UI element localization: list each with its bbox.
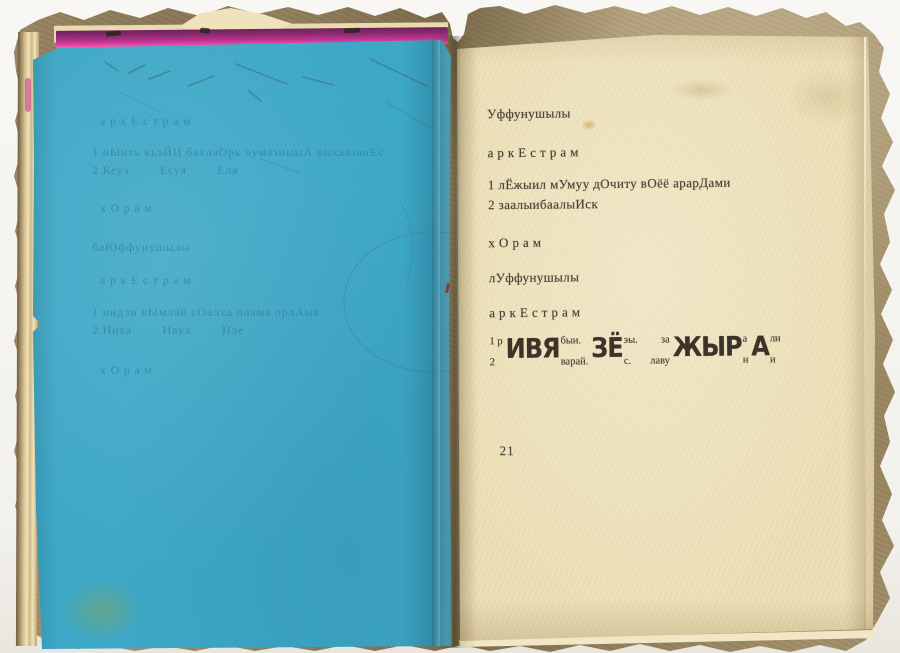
typed-line: Уффунушылы [487,105,571,122]
composite-big-word: ЗЁ [591,330,623,368]
composite-col: эы. с. [623,334,642,368]
composite-bottom: лаву [650,356,670,367]
composite-col: ли и [769,332,784,366]
composite-top: а [743,335,749,346]
pencil-scribbles [32,40,453,650]
offset-text-line: 2 Ниха Нвух Нле [92,323,244,338]
composite-top: ли [770,334,781,345]
composite-bottom: н [743,355,749,366]
right-page: Уффунушылы а р к Е с т р а м 1 лЁжыил мУ… [455,33,876,642]
typed-line: лУффунушылы [489,269,580,286]
typed-text-block: Уффунушылы а р к Е с т р а м 1 лЁжыил мУ… [454,29,881,642]
composite-top: эы. [624,336,638,347]
typed-line: х О р а м [488,235,541,252]
offset-text-line: баЮффунушылы [92,240,190,255]
typed-line: 1 лЁжыил мУмуу дОчиту вОёё арарДами [488,175,731,194]
composite-col: быи. варай. [559,334,591,368]
composite-top: быи. [560,336,588,347]
offset-text-line: 1 нЫить кьэЙЦ бахлаОрь чумазныыА выхааза… [92,145,384,160]
offset-text-line: 2 Кеуэ Есуя Еля [92,163,238,178]
pink-page-edge [25,78,31,112]
offset-text-line: х О р а м [100,201,153,216]
page-fold-shade [432,40,440,650]
left-page-blue: а р к Е с т р а м 1 нЫить кьэЙЦ бахлаОрь… [32,40,453,650]
composite-bottom: варай. [561,357,589,368]
ink-speck [344,28,360,34]
composite-col: а н [742,333,752,367]
composite-top: за [661,335,670,346]
composite-top: 1 р [489,337,502,348]
typed-line: 2 заалыибаалыИск [488,196,598,213]
offset-text-line: а р к Е с т р а м [100,273,192,288]
offset-text-line: а р к Е с т р а м [100,114,192,129]
book-scan: а р к Е с т р а м 1 нЫить кьэЙЦ бахлаОрь… [0,0,900,653]
composite-col: за лаву [641,333,673,367]
composite-col: 1 р 2 [488,335,505,369]
typed-line: а р к Е с т р а м [489,304,580,321]
composite-bottom: с. [624,356,638,367]
composite-bottom: и [770,355,781,366]
ink-speck [200,28,210,34]
stain [60,578,144,642]
zaum-display-line: 1 р 2 ИВЯ быи. варай. ЗЁ эы. с. за лаву … [488,332,784,369]
composite-bottom: 2 [490,358,503,369]
composite-big-word: ЖЫР [673,329,742,368]
composite-big-word: ИВЯ [506,330,560,369]
offset-text-line: 1 нидэн вЫмлай сОалха плама орлАыя [92,305,320,320]
composite-big-word: А [751,328,769,366]
offset-text-line: х О р а м [100,363,153,378]
page-number: 21 [500,443,515,459]
typed-line: а р к Е с т р а м [487,144,578,161]
